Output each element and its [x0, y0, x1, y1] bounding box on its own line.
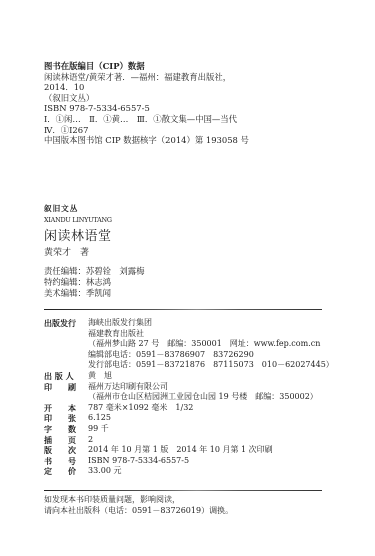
pub-label	[44, 339, 82, 350]
pub-value: 787 毫米×1092 毫米 1/32	[88, 403, 193, 414]
pub-label: 印 刷	[44, 382, 82, 393]
pub-value: 海峡出版发行集团	[88, 318, 152, 329]
pub-label: 书 号	[44, 456, 82, 467]
cip-line: （叙旧文丛）	[44, 93, 249, 104]
pub-label: 版 次	[44, 445, 82, 456]
editor-line: 责任编辑：苏碧铨 刘露梅	[44, 266, 145, 277]
pub-row: 福建教育出版社	[44, 329, 334, 340]
pub-row: 发行部电话：0591－83721876 87115073 010－6202744…	[44, 360, 334, 371]
cip-title: 图书在版编目（CIP）数据	[44, 61, 249, 72]
pub-label: 字 数	[44, 424, 82, 435]
pub-value: ISBN 978-7-5334-6557-5	[88, 456, 189, 467]
publication-info: 出版发行海峡出版发行集团 福建教育出版社 （福州梦山路 27 号 邮编：3500…	[44, 318, 334, 477]
pub-label: 印 张	[44, 413, 82, 424]
quality-notice: 如发现本书印装质量问题，影响阅读， 请向本社出版科（电话：0591－837260…	[44, 494, 233, 516]
series-name: 叙旧文丛	[44, 203, 78, 214]
pub-label	[44, 350, 82, 361]
pub-value: （福州市仓山区桔园洲工业园仓山园 19 号楼 邮编：350002）	[88, 392, 318, 403]
author: 黄荣才 著	[44, 245, 89, 258]
pub-row: （福州市仓山区桔园洲工业园仓山园 19 号楼 邮编：350002）	[44, 392, 334, 403]
pub-value: 福建教育出版社	[88, 329, 144, 340]
pub-label: 出 版 人	[44, 371, 82, 382]
editors-block: 责任编辑：苏碧铨 刘露梅 特约编辑：林志鸿 美术编辑：季凯闻	[44, 266, 145, 298]
pub-row: 编辑部电话：0591－83786907 83726290	[44, 350, 334, 361]
pub-value: 33.00 元	[88, 466, 121, 477]
cip-line: 2014．10	[44, 82, 249, 93]
cip-library-number: 中国版本图书馆 CIP 数据核字（2014）第 193058 号	[44, 135, 249, 146]
pub-row: 版 次2014 年 10 月第 1 版 2014 年 10 月第 1 次印刷	[44, 445, 334, 456]
pub-label: 插 页	[44, 435, 82, 446]
editor-line: 美术编辑：季凯闻	[44, 288, 145, 299]
pub-label: 开 本	[44, 403, 82, 414]
book-title: 闲读林语堂	[44, 225, 112, 244]
pub-value: （福州梦山路 27 号 邮编：350001 网址：www.fep.com.cn	[88, 339, 320, 350]
cip-line: 闲读林语堂/黄荣才著．—福州：福建教育出版社，	[44, 72, 249, 83]
pub-value: 编辑部电话：0591－83786907 83726290	[88, 350, 254, 361]
pub-row: 印 刷福州万达印刷有限公司	[44, 382, 334, 393]
pub-row: 印 张6.125	[44, 413, 334, 424]
pub-value: 发行部电话：0591－83721876 87115073 010－6202744…	[88, 360, 334, 371]
pub-row: 出版发行海峡出版发行集团	[44, 318, 334, 329]
pub-label: 出版发行	[44, 318, 82, 329]
divider	[44, 490, 322, 491]
pub-label	[44, 360, 82, 371]
pub-row: 出 版 人黄 旭	[44, 371, 334, 382]
divider	[44, 309, 322, 310]
pub-value: 2014 年 10 月第 1 版 2014 年 10 月第 1 次印刷	[88, 445, 273, 456]
notice-line: 请向本社出版科（电话：0591－83726019）调换。	[44, 505, 233, 516]
notice-line: 如发现本书印装质量问题，影响阅读，	[44, 494, 233, 505]
editor-line: 特约编辑：林志鸿	[44, 277, 145, 288]
cip-line: Ⅳ．①I267	[44, 125, 249, 136]
pub-label	[44, 329, 82, 340]
pub-value: 黄 旭	[88, 371, 112, 382]
pub-value: 福州万达印刷有限公司	[88, 382, 168, 393]
pub-row: 书 号ISBN 978-7-5334-6557-5	[44, 456, 334, 467]
pub-row: 字 数99 千	[44, 424, 334, 435]
pub-row: （福州梦山路 27 号 邮编：350001 网址：www.fep.com.cn	[44, 339, 334, 350]
series-pinyin: XIANDU LINYUTANG	[44, 216, 112, 224]
pub-label: 定 价	[44, 466, 82, 477]
cip-block: 图书在版编目（CIP）数据 闲读林语堂/黄荣才著．—福州：福建教育出版社， 20…	[44, 61, 249, 146]
pub-value: 6.125	[88, 413, 111, 424]
pub-row: 开 本787 毫米×1092 毫米 1/32	[44, 403, 334, 414]
cip-line: ISBN 978-7-5334-6557-5	[44, 103, 249, 114]
pub-row: 插 页2	[44, 435, 334, 446]
pub-value: 2	[88, 435, 93, 446]
cip-line: Ⅰ．①闲… Ⅱ．①黄… Ⅲ．①散文集—中国—当代	[44, 114, 249, 125]
pub-value: 99 千	[88, 424, 109, 435]
pub-row: 定 价33.00 元	[44, 466, 334, 477]
pub-label	[44, 392, 82, 403]
